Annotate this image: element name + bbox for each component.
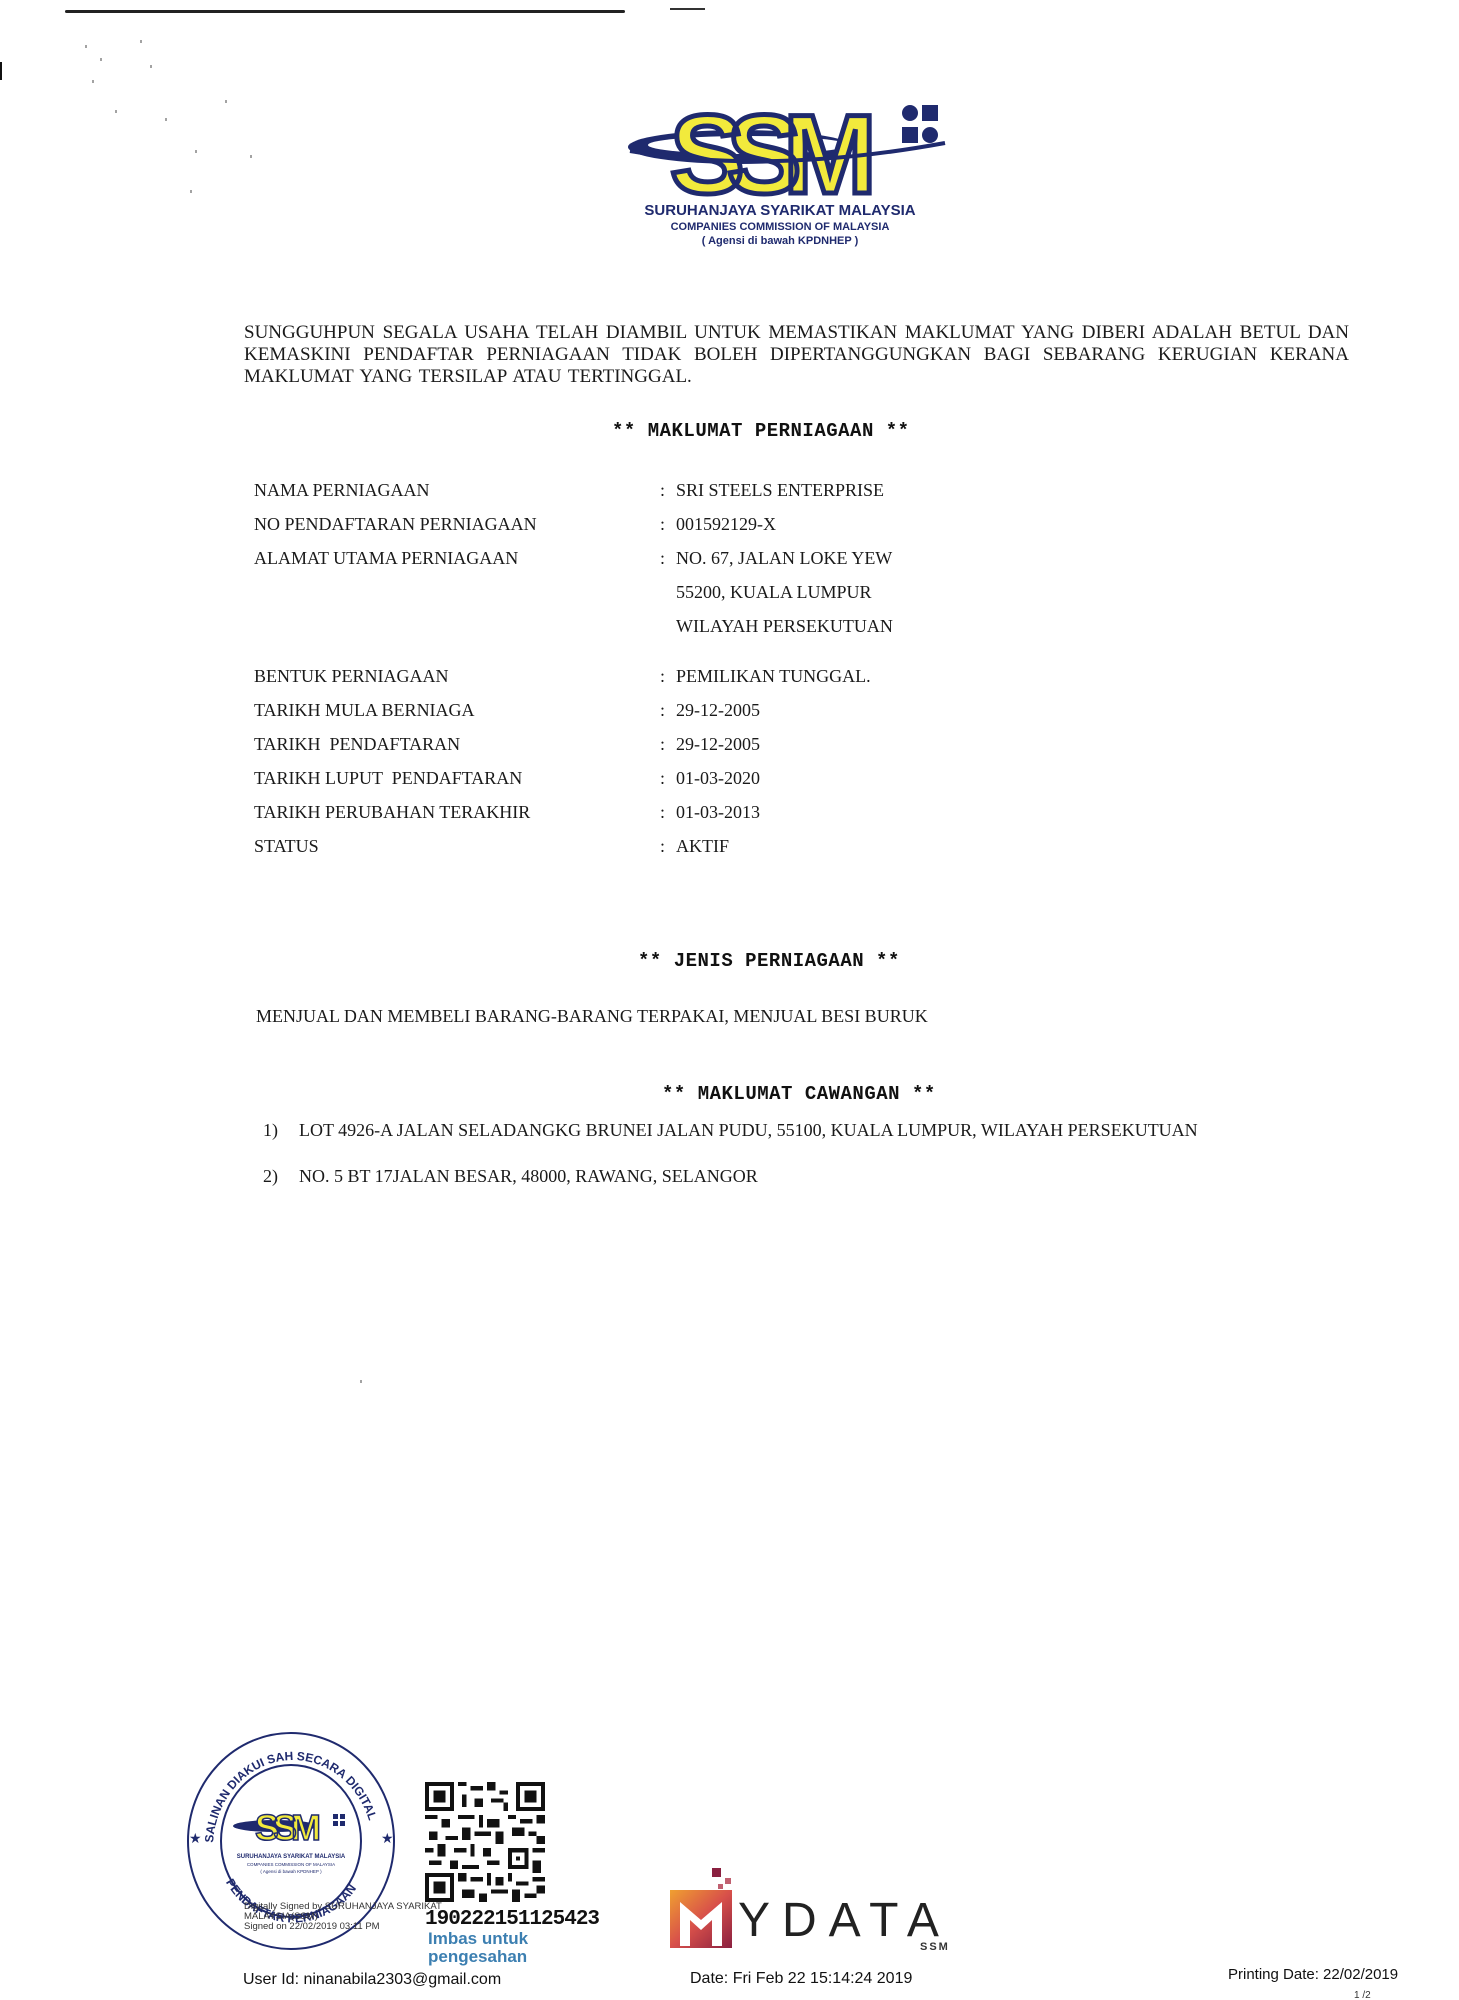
svg-text:YDATA: YDATA	[738, 1894, 950, 1947]
section-heading-jenis-perniagaan: ** JENIS PERNIAGAAN **	[638, 950, 900, 972]
verification-number: 190222151125423	[425, 1908, 599, 1931]
field-colon: :	[660, 734, 665, 755]
ssm-logo-icon: SSM	[620, 85, 960, 205]
field-colon: :	[660, 768, 665, 789]
field-label: TARIKH MULA BERNIAGA	[254, 700, 475, 721]
field-row-status: STATUS : AKTIF	[254, 836, 1054, 860]
branch-address: NO. 5 BT 17JALAN BESAR, 48000, RAWANG, S…	[299, 1166, 758, 1186]
svg-text:SSM: SSM	[920, 1941, 950, 1952]
field-colon: :	[660, 480, 665, 501]
scan-to-verify-caption: Imbas untuk pengesahan	[428, 1930, 528, 1966]
field-label: NAMA PERNIAGAAN	[254, 480, 430, 501]
field-label: BENTUK PERNIAGAAN	[254, 666, 449, 687]
svg-text:★: ★	[189, 1832, 202, 1847]
field-label: TARIKH PENDAFTARAN	[254, 734, 460, 755]
signature-line-3: Signed on 22/02/2019 03:11 PM	[244, 1922, 442, 1932]
scan-edge-mark	[0, 62, 2, 80]
scan-top-dash	[670, 8, 705, 10]
field-colon: :	[660, 802, 665, 823]
business-type-text: MENJUAL DAN MEMBELI BARANG-BARANG TERPAK…	[256, 1006, 928, 1027]
field-value-line3: WILAYAH PERSEKUTUAN	[676, 616, 893, 637]
scan-top-line	[65, 10, 625, 13]
logo-line-2: COMPANIES COMMISSION OF MALAYSIA	[560, 221, 1000, 233]
branch-number: 2)	[263, 1166, 299, 1187]
svg-text:COMPANIES COMMISSION OF MALAYS: COMPANIES COMMISSION OF MALAYSIA	[247, 1862, 335, 1867]
field-colon: :	[660, 700, 665, 721]
field-colon: :	[660, 666, 665, 687]
svg-text:SSM: SSM	[670, 92, 869, 205]
field-row-tarikh-mula: TARIKH MULA BERNIAGA : 29-12-2005	[254, 700, 1054, 724]
disclaimer-paragraph: SUNGGUHPUN SEGALA USAHA TELAH DIAMBIL UN…	[244, 322, 1349, 388]
field-colon: :	[660, 548, 665, 569]
field-colon: :	[660, 836, 665, 857]
caption-line-2: pengesahan	[428, 1948, 528, 1966]
status-value: AKTIF	[676, 836, 729, 857]
field-value: NO. 67, JALAN LOKE YEW	[676, 548, 892, 569]
field-value: 29-12-2005	[676, 734, 760, 755]
printing-date: Printing Date: 22/02/2019	[1228, 1966, 1398, 1983]
field-value: 01-03-2013	[676, 802, 760, 823]
field-label: TARIKH PERUBAHAN TERAKHIR	[254, 802, 530, 823]
field-value: PEMILIKAN TUNGGAL.	[676, 666, 871, 687]
page-number: 1 /2	[1354, 1990, 1371, 2000]
mydata-logo-icon: YDATA SSM	[670, 1862, 950, 1952]
field-row-tarikh-luput: TARIKH LUPUT PENDAFTARAN : 01-03-2020	[254, 768, 1054, 792]
field-row-nama: NAMA PERNIAGAAN : SRI STEELS ENTERPRISE	[254, 480, 1054, 504]
field-value: 001592129-X	[676, 514, 776, 535]
digital-signature-text: Digitally Signed by SURUHANJAYA SYARIKAT…	[244, 1902, 442, 1932]
branch-number: 1)	[263, 1120, 299, 1141]
field-row-tarikh-pendaftaran: TARIKH PENDAFTARAN : 29-12-2005	[254, 734, 1054, 758]
logo-line-3: ( Agensi di bawah KPDNHEP )	[560, 235, 1000, 247]
mydata-ssm-logo: YDATA SSM	[670, 1862, 950, 1952]
section-heading-maklumat-cawangan: ** MAKLUMAT CAWANGAN **	[662, 1083, 936, 1105]
ssm-logo: SSM	[620, 85, 960, 205]
svg-text:SSM: SSM	[255, 1807, 319, 1848]
branch-address: LOT 4926-A JALAN SELADANGKG BRUNEI JALAN…	[299, 1120, 1198, 1140]
field-label: ALAMAT UTAMA PERNIAGAAN	[254, 548, 518, 569]
generated-date: Date: Fri Feb 22 15:14:24 2019	[690, 1970, 912, 1988]
section-heading-maklumat-perniagaan: ** MAKLUMAT PERNIAGAAN **	[612, 420, 910, 442]
field-value-line2: 55200, KUALA LUMPUR	[676, 582, 872, 603]
field-row-alamat: ALAMAT UTAMA PERNIAGAAN : NO. 67, JALAN …	[254, 548, 1054, 638]
user-id: User Id: ninanabila2303@gmail.com	[243, 1971, 501, 1989]
field-label: NO PENDAFTARAN PERNIAGAAN	[254, 514, 537, 535]
qr-code-icon	[425, 1780, 545, 1904]
field-row-no-pendaftaran: NO PENDAFTARAN PERNIAGAAN : 001592129-X	[254, 514, 1054, 538]
verification-qr-code[interactable]	[425, 1780, 545, 1904]
field-colon: :	[660, 514, 665, 535]
ssm-logo-caption: SURUHANJAYA SYARIKAT MALAYSIA COMPANIES …	[560, 202, 1000, 247]
field-label: STATUS	[254, 836, 319, 857]
branch-item-1: 1)LOT 4926-A JALAN SELADANGKG BRUNEI JAL…	[263, 1120, 1198, 1141]
field-row-tarikh-perubahan: TARIKH PERUBAHAN TERAKHIR : 01-03-2013	[254, 802, 1054, 826]
caption-line-1: Imbas untuk	[428, 1930, 528, 1948]
logo-line-1: SURUHANJAYA SYARIKAT MALAYSIA	[560, 202, 1000, 219]
field-value: 01-03-2020	[676, 768, 760, 789]
field-value: 29-12-2005	[676, 700, 760, 721]
svg-text:SURUHANJAYA SYARIKAT MALAYSIA: SURUHANJAYA SYARIKAT MALAYSIA	[237, 1854, 346, 1860]
field-row-bentuk: BENTUK PERNIAGAAN : PEMILIKAN TUNGGAL.	[254, 666, 1054, 690]
svg-text:( Agensi di bawah KPDNHEP ): ( Agensi di bawah KPDNHEP )	[260, 1869, 322, 1874]
field-label: TARIKH LUPUT PENDAFTARAN	[254, 768, 522, 789]
field-value: SRI STEELS ENTERPRISE	[676, 480, 884, 501]
branch-item-2: 2)NO. 5 BT 17JALAN BESAR, 48000, RAWANG,…	[263, 1166, 758, 1187]
svg-text:★: ★	[381, 1832, 394, 1847]
